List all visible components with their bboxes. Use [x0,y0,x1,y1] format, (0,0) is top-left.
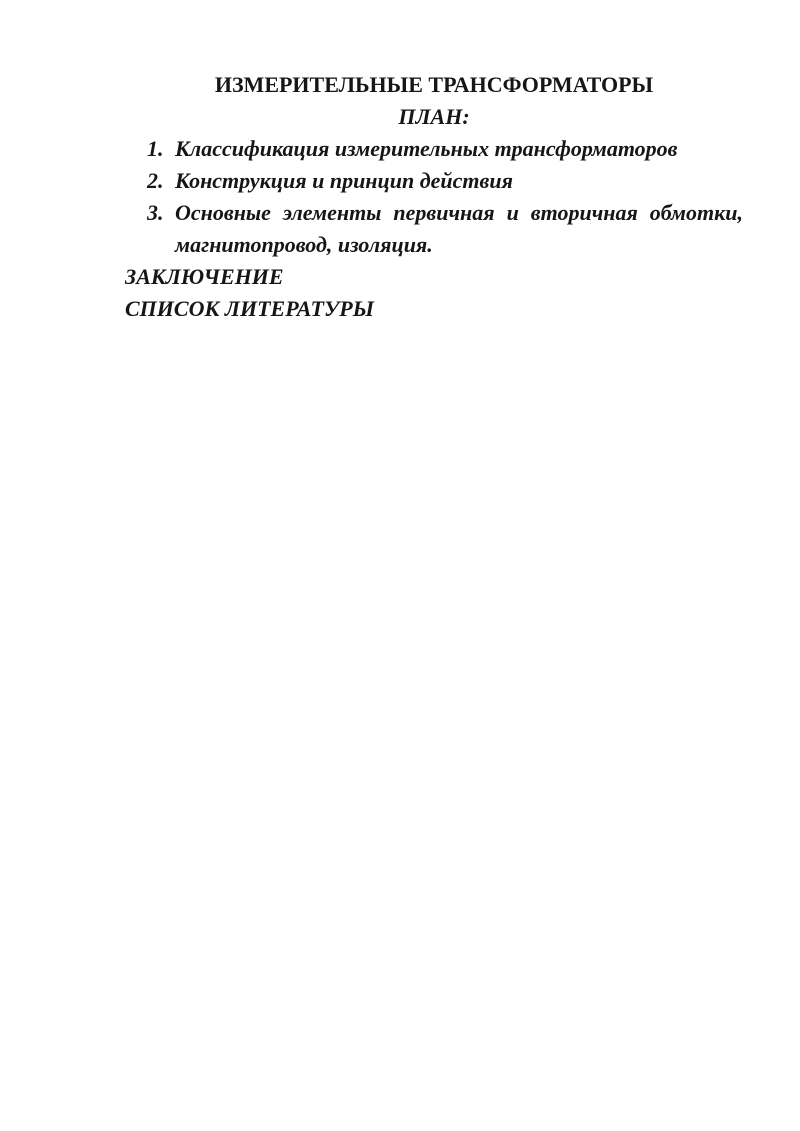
bibliography-heading: СПИСОК ЛИТЕРАТУРЫ [125,293,743,325]
plan-item-2: 2. Конструкция и принцип действия [125,165,743,197]
plan-heading: ПЛАН: [125,101,743,133]
document-page: ИЗМЕРИТЕЛЬНЫЕ ТРАНСФОРМАТОРЫ ПЛАН: 1. Кл… [0,0,800,1131]
plan-item-1-text: Классификация измерительных трансформато… [175,133,743,165]
plan-item-3-text: Основные элементы первичная и вторичная … [175,197,743,261]
document-title: ИЗМЕРИТЕЛЬНЫЕ ТРАНСФОРМАТОРЫ [125,69,743,101]
plan-list: 1. Классификация измерительных трансформ… [125,133,743,261]
plan-item-1-number: 1. [147,133,164,165]
plan-item-1: 1. Классификация измерительных трансформ… [125,133,743,165]
conclusion-heading: ЗАКЛЮЧЕНИЕ [125,261,743,293]
plan-item-2-text: Конструкция и принцип действия [175,165,743,197]
plan-item-2-number: 2. [147,165,164,197]
plan-item-3: 3. Основные элементы первичная и вторичн… [125,197,743,261]
plan-item-3-number: 3. [147,197,164,229]
